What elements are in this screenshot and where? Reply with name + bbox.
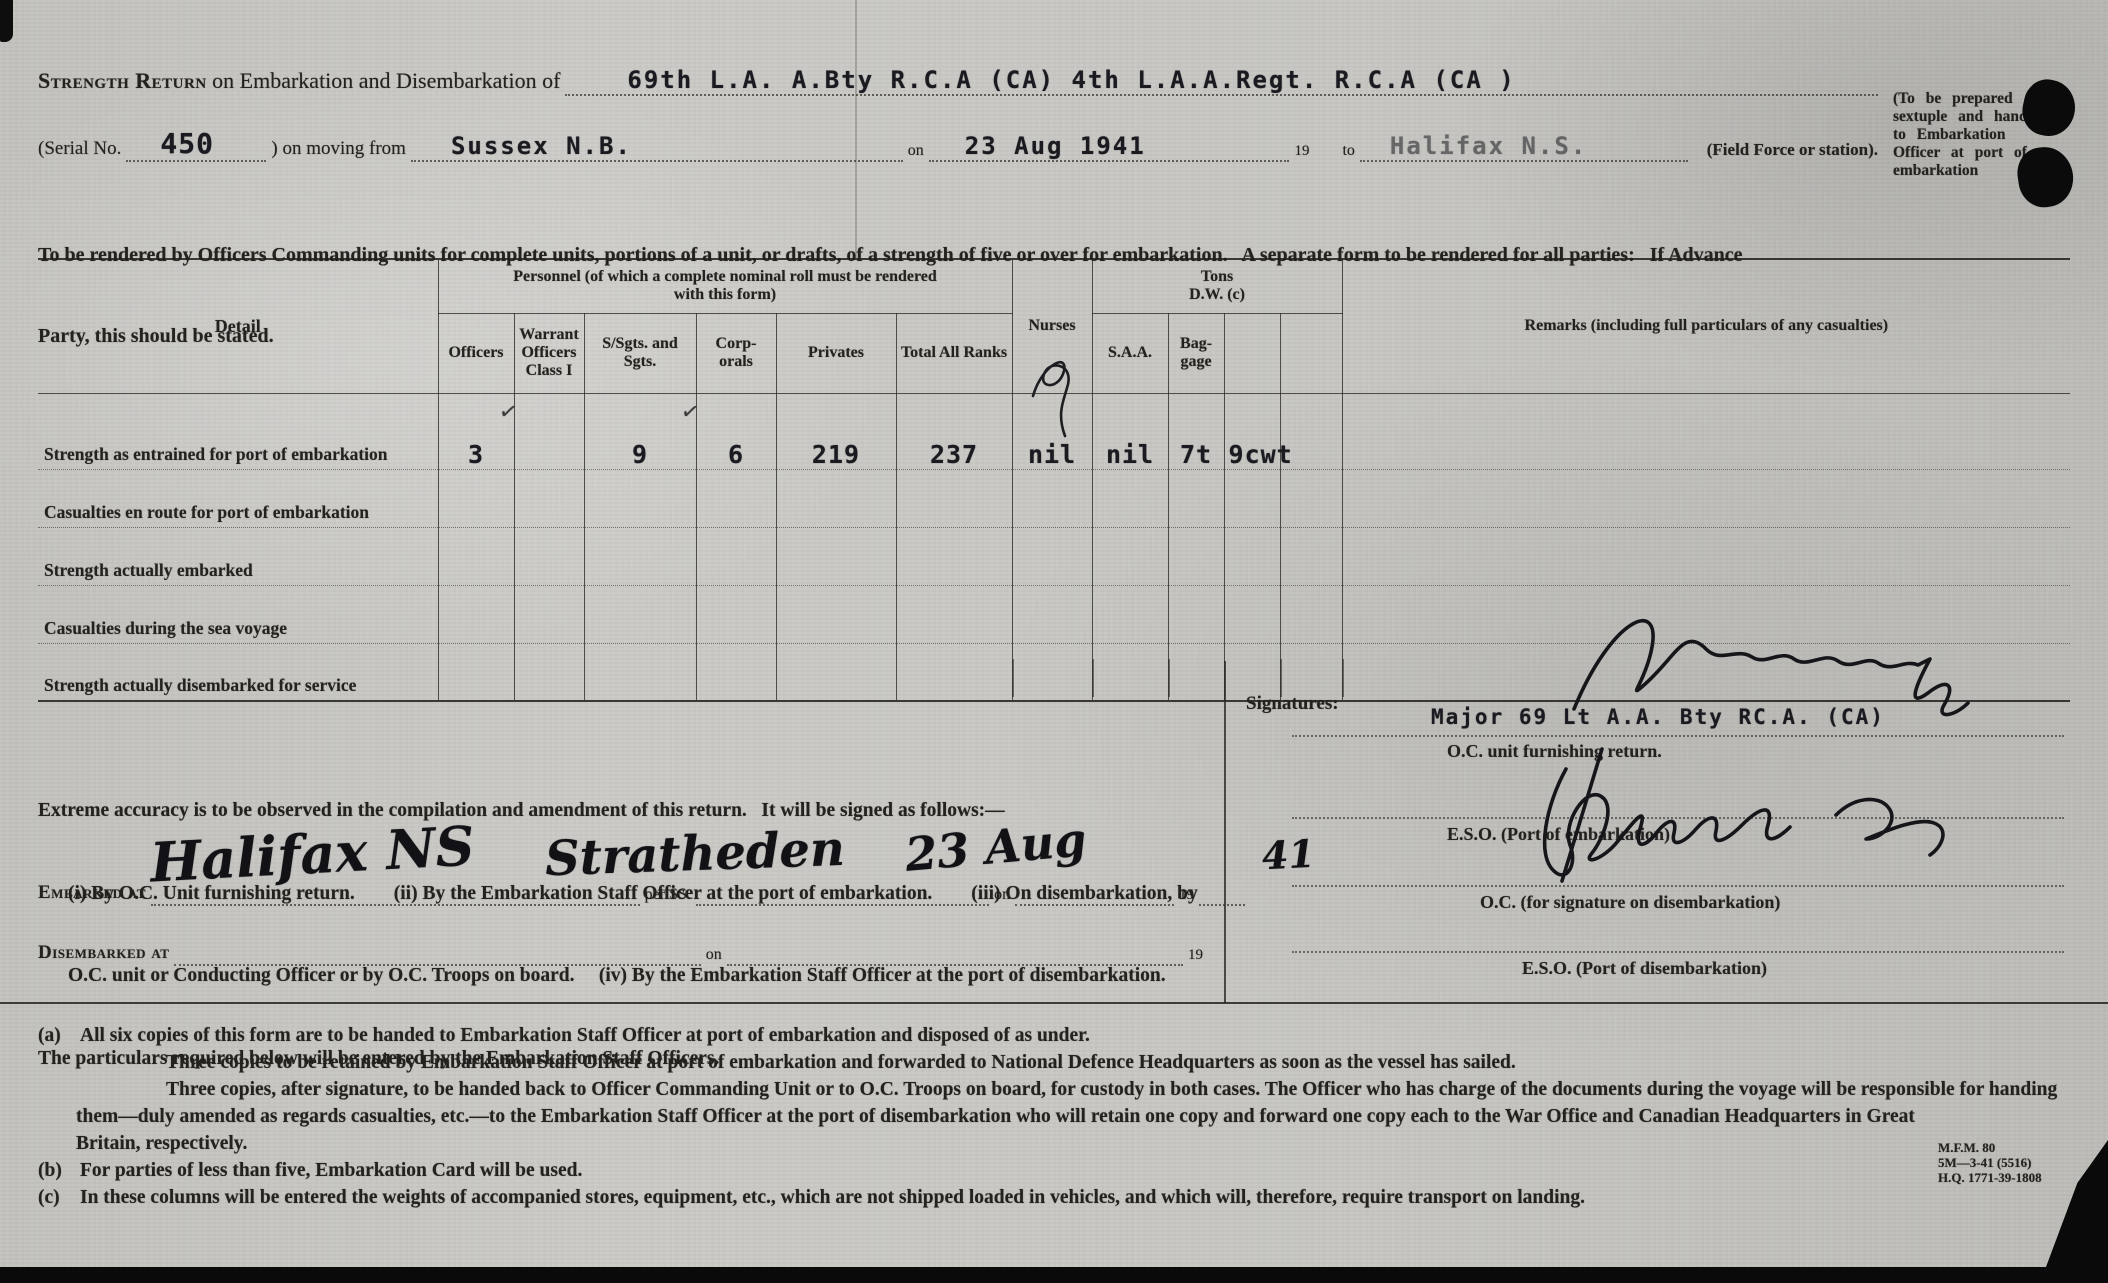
form-title-smallcaps: Strength Return <box>38 68 207 93</box>
cell-corporals: 6 <box>696 393 776 469</box>
signature-scribble-icon <box>1556 589 1986 739</box>
corner-artifact <box>0 0 13 42</box>
disembarked-label: Disembarked at <box>38 942 169 966</box>
table-row: Strength as entrained for port of embark… <box>38 393 2070 469</box>
moving-from-label: ) on moving from <box>271 138 406 162</box>
section-divider <box>0 1002 2108 1004</box>
scanned-strength-return-form: Strength Return on Embarkation and Disem… <box>0 0 2108 1283</box>
row-label: Strength actually disembarked for servic… <box>38 643 438 701</box>
printer-line-3: H.Q. 1771-39-1808 <box>1938 1170 2042 1185</box>
to-rule: Halifax N.S. <box>1360 134 1688 162</box>
printer-line-1: M.F.M. 80 <box>1938 1140 2042 1155</box>
signature-rule <box>1292 885 2064 887</box>
from-rule: Sussex N.B. <box>411 134 903 162</box>
col-header-personnel: Personnel (of which a complete nominal r… <box>438 259 1012 313</box>
footnote-a-sub2: Three copies, after signature, to be han… <box>38 1076 2084 1103</box>
cell-baggage: 7t <box>1168 393 1224 469</box>
col-header-remarks: Remarks (including full particulars of a… <box>1342 259 2070 393</box>
column-extension-line <box>1168 659 1170 697</box>
cell-tons-4 <box>1280 393 1342 469</box>
cell-sgts: 9✓ <box>584 393 696 469</box>
date-rule: 23 Aug 1941 <box>929 134 1290 162</box>
disembark-on-label: on <box>706 946 722 966</box>
col-header-tons-3 <box>1224 313 1280 393</box>
serial-line: (Serial No. 450 ) on moving from Sussex … <box>38 128 1883 162</box>
cell-total: 237 <box>896 393 1012 469</box>
embark-year-preprint: 19 <box>1179 887 1194 906</box>
unit-field-value: 69th L.A. A.Bty R.C.A (CA) 4th L.A.A.Reg… <box>627 66 1515 94</box>
col-header-corporals: Corp- orals <box>696 313 776 393</box>
per-ss-label: per SS. <box>645 886 691 906</box>
row-label: Casualties en route for port of embarkat… <box>38 469 438 527</box>
tons-line1: Tons <box>1097 268 1338 286</box>
printer-imprint: M.F.M. 80 5M—3-41 (5516) H.Q. 1771-39-18… <box>1938 1140 2042 1185</box>
col-header-baggage: Bag- gage <box>1168 313 1224 393</box>
pen-scribble-icon <box>1019 344 1089 444</box>
disembarked-rule <box>174 938 700 966</box>
row-label: Strength as entrained for port of embark… <box>38 393 438 469</box>
embark-date-rule <box>1015 878 1174 906</box>
oc-disembark-label: O.C. (for signature on disembarkation) <box>1480 892 1780 913</box>
col-header-tons-4 <box>1280 313 1342 393</box>
col-header-saa: S.A.A. <box>1092 313 1168 393</box>
signatures-panel: Signatures: Major 69 Lt A.A. Bty RC.A. (… <box>1224 661 2077 1003</box>
from-value: Sussex N.B. <box>451 132 632 160</box>
form-title-line: Strength Return on Embarkation and Disem… <box>38 62 1883 96</box>
table-row: Casualties en route for port of embarkat… <box>38 469 2070 527</box>
serial-label: (Serial No. <box>38 138 121 162</box>
printer-line-2: 5M—3-41 (5516) <box>1938 1155 2042 1170</box>
col-header-tons: Tons D.W. (c) <box>1092 259 1342 313</box>
form-title-rest: on Embarkation and Disembarkation of <box>212 68 560 93</box>
station-label: (Field Force or station). <box>1707 140 1878 162</box>
accuracy-line-3: O.C. unit or Conducting Officer or by O.… <box>38 962 1218 990</box>
signature-scribble-icon <box>1506 745 2006 885</box>
footnote-a-sub4: Britain, respectively. <box>38 1130 2084 1157</box>
embark-year-handwritten: 41 <box>1261 831 1316 879</box>
embarked-label: Embarked at <box>38 882 146 906</box>
col-header-officers: Officers <box>438 313 514 393</box>
on-label: on <box>908 142 924 162</box>
footnote-c: (c)In these columns will be entered the … <box>38 1184 2084 1211</box>
row-label: Strength actually embarked <box>38 527 438 585</box>
eso-disembark-label: E.S.O. (Port of disembarkation) <box>1522 958 1767 979</box>
unit-field-rule: 69th L.A. A.Bty R.C.A (CA) 4th L.A.A.Reg… <box>565 65 1878 97</box>
to-value: Halifax N.S. <box>1390 132 1587 160</box>
cell-warrant-officers <box>514 393 584 469</box>
cell-privates: 219 <box>776 393 896 469</box>
footnote-a-sub1: Three copies to be retained by Embarkati… <box>38 1049 2084 1076</box>
column-extension-line <box>1012 659 1014 697</box>
ship-name-handwritten: Stratheden <box>544 821 846 887</box>
disembark-year-preprint: 19 <box>1188 947 1203 966</box>
footnote-b: (b)For parties of less than five, Embark… <box>38 1157 2084 1184</box>
col-header-sgts: S/Sgts. and Sgts. <box>584 313 696 393</box>
col-header-detail: Detail <box>38 259 438 393</box>
form-title: Strength Return on Embarkation and Disem… <box>38 68 560 96</box>
table-row: Strength actually embarked <box>38 527 2070 585</box>
footnotes: (a)All six copies of this form are to be… <box>38 1022 2084 1211</box>
serial-value: 450 <box>160 127 214 160</box>
serial-rule: 450 <box>126 134 266 162</box>
column-extension-line <box>1092 659 1094 697</box>
cell-officers: 3✓ <box>438 393 514 469</box>
col-header-privates: Privates <box>776 313 896 393</box>
to-label: to <box>1342 142 1354 162</box>
ship-rule <box>696 878 989 906</box>
tons-line2: D.W. (c) <box>1097 286 1338 304</box>
cell-saa: nil <box>1092 393 1168 469</box>
signature-rule <box>1292 951 2064 953</box>
year-preprint: 19 <box>1294 143 1309 162</box>
embark-year-rule <box>1199 878 1245 906</box>
col-header-warrant-officers: Warrant Officers Class I <box>514 313 584 393</box>
scan-edge-strip <box>0 1267 2108 1283</box>
embark-on-label: on <box>994 886 1010 906</box>
signatures-label: Signatures: <box>1246 693 1339 715</box>
footnote-a-sub3: them—duly amended as regards casualties,… <box>38 1103 2084 1130</box>
row-label: Casualties during the sea voyage <box>38 585 438 643</box>
cell-remarks <box>1342 393 2070 469</box>
footnote-a: (a)All six copies of this form are to be… <box>38 1022 2084 1049</box>
disembarked-line: Disembarked at on 19 <box>38 928 1208 966</box>
cell-tons-3: 9cwt <box>1224 393 1280 469</box>
col-header-total: Total All Ranks <box>896 313 1012 393</box>
cell-nurses: nil <box>1012 393 1092 469</box>
date-value: 23 Aug 1941 <box>965 132 1146 160</box>
disembark-date-rule <box>727 938 1183 966</box>
